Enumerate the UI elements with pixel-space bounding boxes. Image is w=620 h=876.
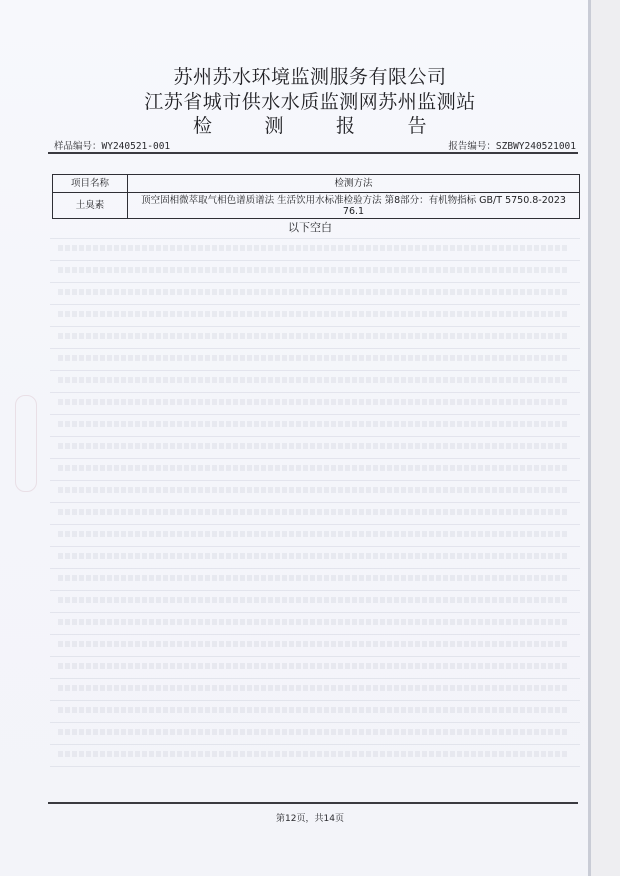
header-divider [48,152,578,154]
column-header-method: 检测方法 [128,175,580,193]
report-title-char: 检 [193,111,213,138]
column-header-item: 项目名称 [53,175,128,193]
page-number: 第12页，共14页 [0,811,620,824]
company-name: 苏州苏水环境监测服务有限公司 [0,62,620,89]
report-title-char: 测 [264,111,284,138]
method-cell: 顶空固相微萃取气相色谱质谱法 生活饮用水标准检验方法 第8部分：有机物指标 GB… [128,193,580,219]
report-number-label: 报告编号： [448,141,496,152]
table-header-row: 项目名称 检测方法 [53,175,580,193]
method-line: 顶空固相微萃取气相色谱质谱法 生活饮用水标准检验方法 第8部分：有机物指标 GB… [132,195,575,206]
methods-table: 项目名称 检测方法 土臭素 顶空固相微萃取气相色谱质谱法 生活饮用水标准检验方法… [52,174,580,219]
station-name: 江苏省城市供水水质监测网苏州监测站 [0,87,620,114]
report-title: 检测报告 [0,111,620,138]
table-row: 土臭素 顶空固相微萃取气相色谱质谱法 生活饮用水标准检验方法 第8部分：有机物指… [53,193,580,219]
method-line: 76.1 [132,206,575,217]
blank-below-note: 以下空白 [0,219,620,235]
report-number-value: SZBWY240521001 [496,141,576,152]
report-title-char: 报 [336,111,356,138]
sample-number-label: 样品编号： [54,141,102,152]
sample-number-value: WY240521-001 [102,141,171,152]
footer-divider [48,802,578,804]
item-name-cell: 土臭素 [53,193,128,219]
report-number: 报告编号：SZBWY240521001 [448,138,576,152]
report-title-char: 告 [408,111,428,138]
seal-bleed-icon [15,395,37,492]
sample-number: 样品编号：WY240521-001 [54,138,170,152]
